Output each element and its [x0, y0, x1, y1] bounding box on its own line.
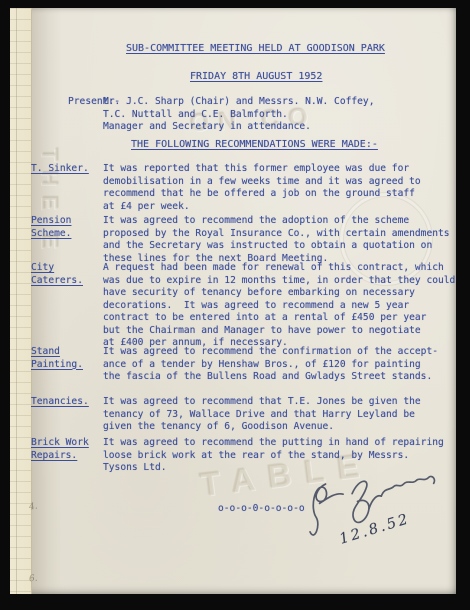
document-paper: ON CO THE E TABLE 4. 6. SUB-COMMITTEE ME…: [10, 8, 456, 594]
section-label-stand-painting: Stand Painting.: [31, 346, 83, 371]
section-label-tenancies: Tenancies.: [31, 396, 89, 409]
section-text-pension-scheme: It was agreed to recommend the adoption …: [103, 215, 450, 265]
recommendations-heading-text: THE FOLLOWING RECOMMENDATIONS WERE MADE: [131, 139, 366, 150]
section-text-sinker: It was reported that this former employe…: [103, 163, 421, 213]
section-label-pension-scheme: Pension Scheme.: [31, 215, 71, 240]
present-attendees: Mr. J.C. Sharp (Chair) and Messrs. N.W. …: [103, 96, 374, 134]
section-label-sinker: T. Sinker.: [31, 163, 89, 176]
recommendations-heading: THE FOLLOWING RECOMMENDATIONS WERE MADE:…: [131, 139, 378, 152]
gutter-rule-line: [16, 8, 17, 594]
meeting-date-title: FRIDAY 8TH AUGUST 1952: [190, 71, 322, 84]
meeting-title: SUB-COMMITTEE MEETING HELD AT GOODISON P…: [126, 43, 385, 56]
signature-handwriting: [305, 465, 456, 555]
section-label-city-caterers: City Caterers.: [31, 262, 83, 287]
section-text-city-caterers: A request had been made for renewal of t…: [103, 262, 455, 350]
section-text-tenancies: It was agreed to recommend that T.E. Jon…: [103, 396, 421, 434]
pencil-mark-2: 6.: [29, 574, 38, 585]
section-text-stand-painting: It was agreed to recommend the confirmat…: [103, 346, 438, 384]
scanned-minutes-page: { "document": { "title_line1": "SUB-COMM…: [0, 0, 470, 610]
recommendations-heading-suffix: :-: [366, 139, 378, 150]
pencil-mark-1: 4.: [28, 501, 38, 512]
section-label-brick-work: Brick Work Repairs.: [31, 437, 89, 462]
end-separator: o-o-o-0-o-o-o-o: [218, 503, 305, 516]
